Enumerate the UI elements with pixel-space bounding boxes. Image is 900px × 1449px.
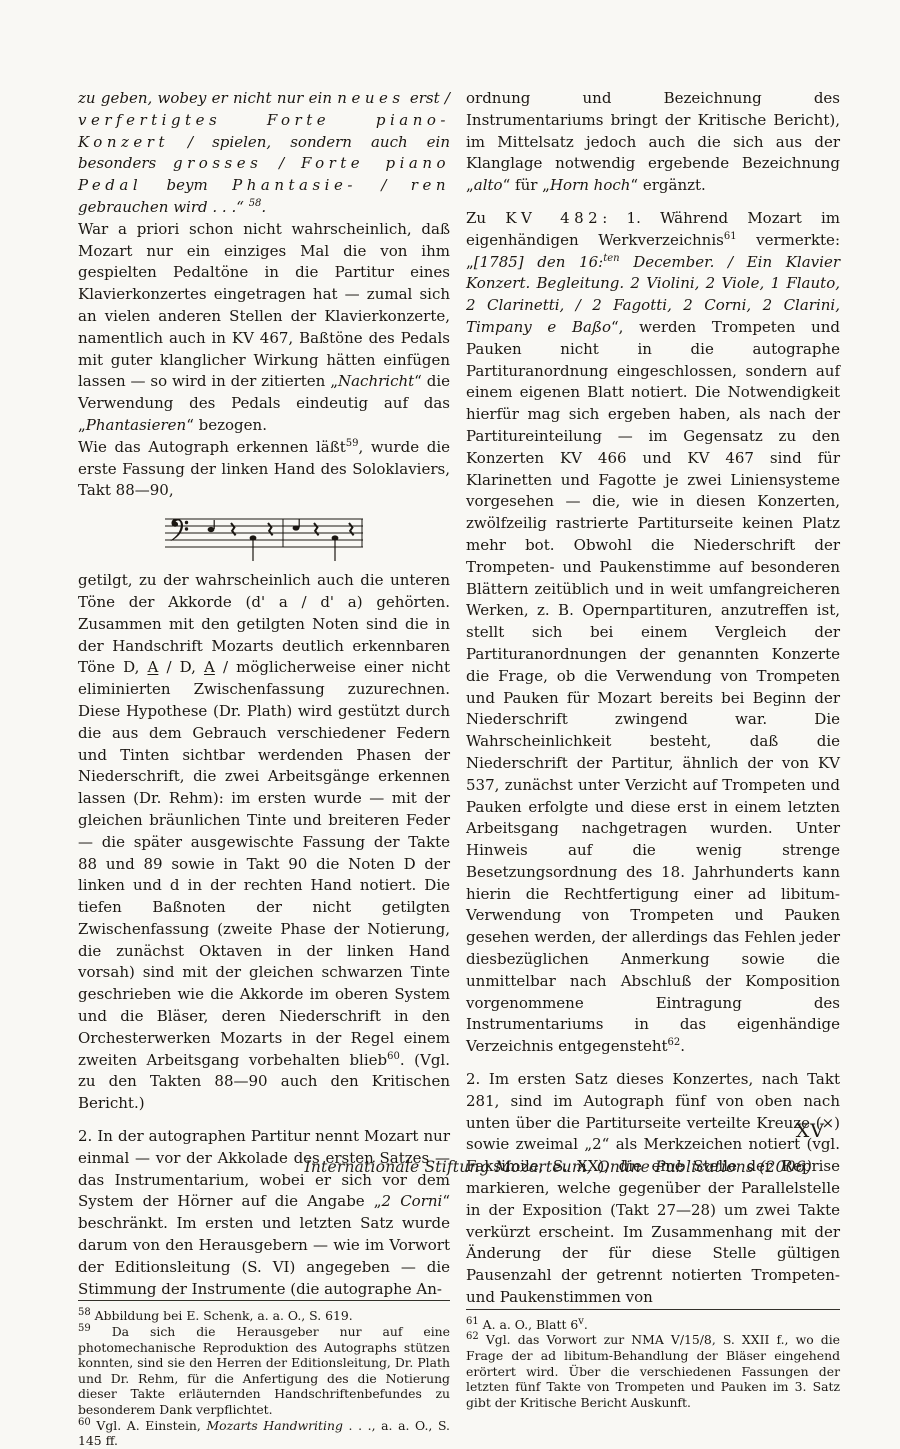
- left-column: zu geben, wobey er nicht nur ein neues e…: [78, 88, 450, 1122]
- publication-footer: Internationale Stiftung Mozarteum, Onlin…: [305, 1158, 812, 1176]
- footnote: 60 Vgl. A. Einstein, Mozarts Handwriting…: [78, 1418, 450, 1449]
- body-paragraph: 2. Im ersten Satz dieses Konzertes, nach…: [466, 1069, 840, 1309]
- music-notation-figure: [159, 511, 369, 563]
- body-paragraph: Zu KV 482: 1. Während Mozart im eigenhän…: [466, 208, 840, 1058]
- quote-paragraph: zu geben, wobey er nicht nur ein neues e…: [78, 88, 450, 219]
- body-paragraph: 2. In der autographen Partitur nennt Moz…: [78, 1126, 450, 1300]
- footnote: 61 A. a. O., Blatt 6v.: [466, 1317, 840, 1333]
- footnote: 62 Vgl. das Vorwort zur NMA V/15/8, S. X…: [466, 1332, 840, 1410]
- left-footnotes: 58 Abbildung bei E. Schenk, a. a. O., S.…: [78, 1300, 450, 1448]
- footnote: 58 Abbildung bei E. Schenk, a. a. O., S.…: [78, 1308, 450, 1324]
- page-body: zu geben, wobey er nicht nur ein neues e…: [78, 88, 840, 1122]
- body-paragraph: War a priori schon nicht wahrscheinlich,…: [78, 219, 450, 437]
- page-number: XV: [796, 1120, 825, 1142]
- footnote: 59 Da sich die Herausgeber nur auf eine …: [78, 1324, 450, 1418]
- body-paragraph: Wie das Autograph erkennen läßt59, wurde…: [78, 437, 450, 502]
- body-paragraph: ordnung und Bezeichnung des Instrumentar…: [466, 88, 840, 197]
- bass-clef-icon: [171, 519, 189, 542]
- body-paragraph: getilgt, zu der wahrscheinlich auch die …: [78, 570, 450, 1115]
- right-footnotes: 61 A. a. O., Blatt 6v. 62 Vgl. das Vorwo…: [466, 1309, 840, 1411]
- right-column: ordnung und Bezeichnung des Instrumentar…: [466, 88, 840, 1122]
